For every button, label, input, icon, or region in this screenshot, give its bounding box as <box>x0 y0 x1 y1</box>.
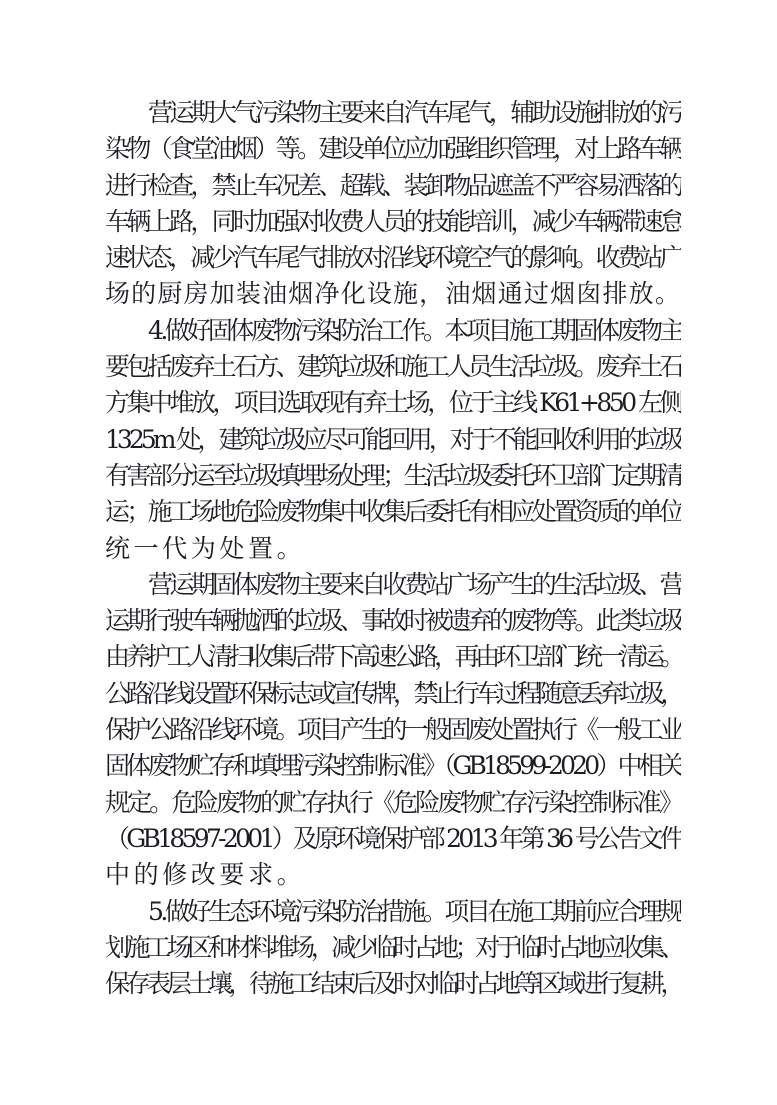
document-page: 营运期大气污染物主要来自汽车尾气，辅助设施排放的污 染物（食堂油烟）等。建设单位… <box>105 95 681 1002</box>
text-line: 固体废物贮存和填埋污染控制标准》（GB18599-2020）中相关 <box>105 748 681 784</box>
text-line: 运；施工场地危险废物集中收集后委托有相应处置资质的单位 <box>105 494 681 530</box>
text-line: 保存表层土壤，待施工结束后及时对临时占地等区域进行复耕， <box>105 966 681 1002</box>
paragraph-operation-solid-waste: 营运期固体废物主要来自收费站广场产生的生活垃圾、营 运期行驶车辆抛洒的垃圾、事故… <box>105 567 681 894</box>
text-line: 1325m 处，建筑垃圾应尽可能回用，对于不能回收利用的垃圾 <box>105 422 681 458</box>
paragraph-ecological-section-5: 5.做好生态环境污染防治措施。项目在施工期前应合理规 划施工场区和材料堆场，减少… <box>105 894 681 1003</box>
text-line: 车辆上路，同时加强对收费人员的技能培训，减少车辆滞速怠 <box>105 204 681 240</box>
text-line: 进行检查，禁止车况差、超载、装卸物品遮盖不严容易洒落的 <box>105 168 681 204</box>
text-line: 营运期固体废物主要来自收费站广场产生的生活垃圾、营 <box>105 567 681 603</box>
paragraph-solid-waste-section-4: 4.做好固体废物污染防治工作。本项目施工期固体废物主 要包括废弃土石方、建筑垃圾… <box>105 313 681 567</box>
text-line: 运期行驶车辆抛洒的垃圾、事故时被遗弃的废物等。此类垃圾 <box>105 603 681 639</box>
text-line: 统一代为处置。 <box>105 531 681 567</box>
text-line: 规定。危险废物的贮存执行《危险废物贮存污染控制标准》 <box>105 785 681 821</box>
section-heading-line: 5.做好生态环境污染防治措施。项目在施工期前应合理规 <box>105 894 681 930</box>
text-line: 划施工场区和材料堆场，减少临时占地；对于临时占地应收集、 <box>105 930 681 966</box>
text-line: 营运期大气污染物主要来自汽车尾气，辅助设施排放的污 <box>105 95 681 131</box>
text-line: 有害部分运至垃圾填埋场处理；生活垃圾委托环卫部门定期清 <box>105 458 681 494</box>
paragraph-operation-air-pollution: 营运期大气污染物主要来自汽车尾气，辅助设施排放的污 染物（食堂油烟）等。建设单位… <box>105 95 681 313</box>
text-line: 场的厨房加装油烟净化设施，油烟通过烟囱排放。 <box>105 276 681 312</box>
text-line: 染物（食堂油烟）等。建设单位应加强组织管理，对上路车辆 <box>105 131 681 167</box>
text-line: 公路沿线设置环保标志或宣传牌，禁止行车过程随意丢弃垃圾， <box>105 676 681 712</box>
text-line: 方集中堆放，项目选取现有弃土场，位于主线 K61+850 左侧 <box>105 385 681 421</box>
text-line: 要包括废弃土石方、建筑垃圾和施工人员生活垃圾。废弃土石 <box>105 349 681 385</box>
text-line: 保护公路沿线环境。项目产生的一般固废处置执行《一般工业 <box>105 712 681 748</box>
section-heading-line: 4.做好固体废物污染防治工作。本项目施工期固体废物主 <box>105 313 681 349</box>
text-line: 中的修改要求。 <box>105 857 681 893</box>
text-line: （GB18597-2001）及原环境保护部 2013 年第 36 号公告文件 <box>105 821 681 857</box>
text-line: 由养护工人清扫收集后带下高速公路，再由环卫部门统一清运。 <box>105 639 681 675</box>
text-line: 速状态，减少汽车尾气排放对沿线环境空气的影响。收费站广 <box>105 240 681 276</box>
